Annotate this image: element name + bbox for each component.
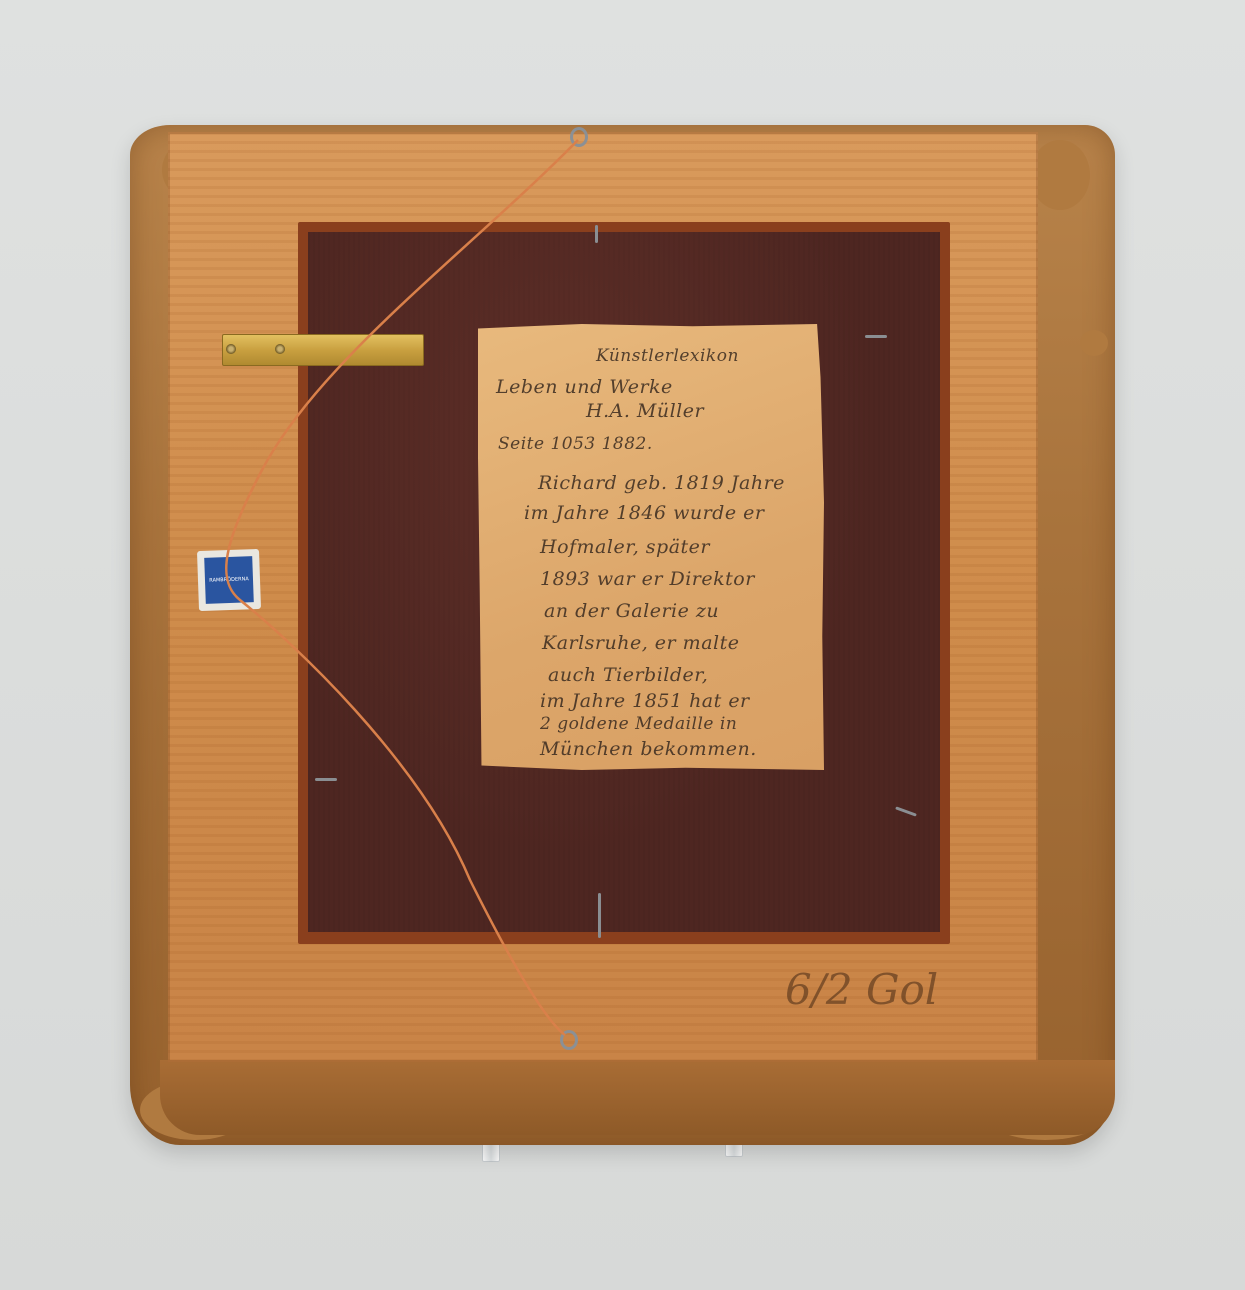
copper-hanging-wire: [0, 0, 1245, 1290]
photo-background: Künstlerlexikon Leben und Werke H.A. Mül…: [0, 0, 1245, 1290]
